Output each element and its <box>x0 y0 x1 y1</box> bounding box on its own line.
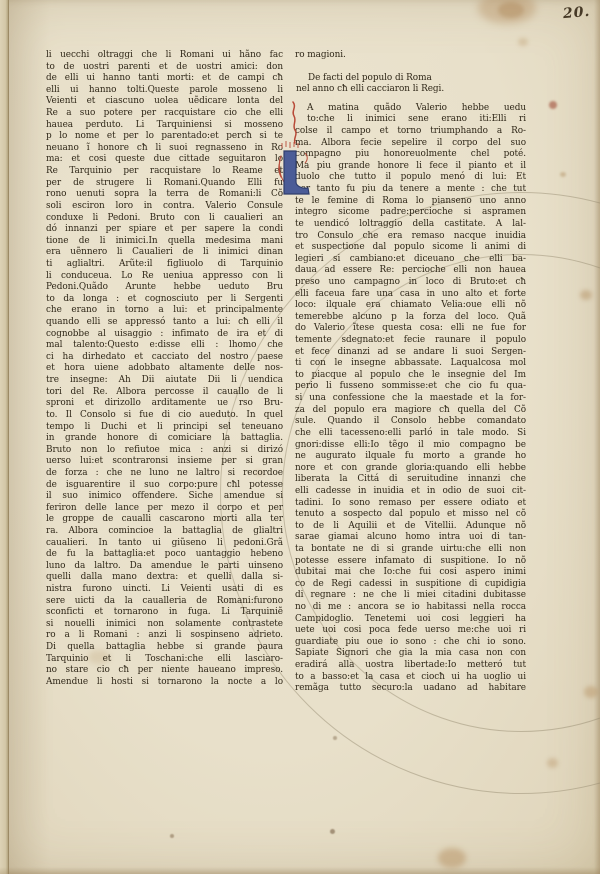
foxing-stain <box>333 736 337 740</box>
text-line: daua ad essere Re: percioche elli non ha… <box>295 265 526 277</box>
text-line: quando elli se appressó tanto a lui: cħ … <box>46 317 283 329</box>
text-line: to de uostri parenti et de uostri amici:… <box>46 62 283 74</box>
text-line: era uẽnnero li Caualieri de li inimici d… <box>46 247 283 259</box>
chapter-heading: De facti del populo di Roma nel anno cħ … <box>295 73 526 96</box>
text-line: sarae giamai alcuno homo intra uoi di ta… <box>295 532 526 544</box>
text-line: te le femine di Roma lo pianseno uno ann… <box>295 196 526 208</box>
text-line: to:che li inimici sene erano iti:Elli ri <box>307 114 526 126</box>
text-line: ta bontate ne di si grande uirtu:che ell… <box>295 544 526 556</box>
text-line: Tarquinio et li Toschani:che elli lascia… <box>46 654 283 666</box>
text-line: Campidoglio. Tenetemi uoi cosi leggieri … <box>295 614 526 626</box>
text-line: to de li Aquilii et de Vitellii. Adunque… <box>295 521 526 533</box>
text-line: hauea perduto. Li Tarquiniensi si mossen… <box>46 120 283 132</box>
text-line: elli ui hanno tolti.Queste parole mossen… <box>46 85 283 97</box>
text-line: temente sdegnato:et fecie raunare il pop… <box>295 335 526 347</box>
foxing-stain <box>547 758 558 768</box>
text-line: Amendue li hosti si tornarono la nocte a… <box>46 677 283 689</box>
text-line: Re a suo potere per racquistare cio che … <box>46 108 283 120</box>
text-line: per de strugere li Romani.Quando Elli fu <box>46 178 283 190</box>
text-line: Veienti et ciascuno uolea uẽdicare lonta… <box>46 96 283 108</box>
text-line: guardiate piu oue io sono : che chi io s… <box>295 637 526 649</box>
text-line: tenuto a sospecto dal populo et misso ne… <box>295 509 526 521</box>
text-line: Ma piu grande honore li fece il pianto e… <box>295 161 526 173</box>
foxing-stain <box>478 0 536 24</box>
text-line: soli esciron loro in contra. Valerio Con… <box>46 201 283 213</box>
text-line: to. Il Consolo si fue di cio aueduto. In… <box>46 410 283 422</box>
text-line: remãga tutto securo:la uadano ad habitar… <box>295 683 526 695</box>
text-line: Sapiate Signori che gia la mia casa non … <box>295 648 526 660</box>
text-line: neuano ĩ honore cħ li suoi regnasseno in… <box>46 143 283 155</box>
text-line: mal talento:Questo e:disse elli : lhomo … <box>46 340 283 352</box>
text-line: elli cadesse in inuidia et in odio de su… <box>295 486 526 498</box>
text-line: luno da laltro. Da amendue le parti uins… <box>46 561 283 573</box>
text-line: A matina quãdo Valerio hebbe uedu <box>307 103 526 115</box>
text-line: legieri si cambiano:et diceuano che elli… <box>295 254 526 266</box>
text-line: et fece dinanzi ad se andare li suoi Ser… <box>295 347 526 359</box>
body-lines: colse il campo et torno triumphando a Ro… <box>295 126 526 695</box>
text-line: perio li fusseno sommisse:et che cio fu … <box>295 381 526 393</box>
text-line: feriron delle lance per mezo il corpo et… <box>46 503 283 515</box>
text-line: ro a li Romani : anzi li sospinseno adri… <box>46 630 283 642</box>
foxing-stain <box>170 834 174 838</box>
text-line: et suspectione dal populo sicome li anim… <box>295 242 526 254</box>
text-line: sproni et dirizollo arditamente ue rso B… <box>46 398 283 410</box>
text-line: do Valerio ĩtese questa cosa: elli ne fu… <box>295 323 526 335</box>
folio-number: 20. <box>562 4 591 22</box>
text-line: nore et con grande gloria:quando elli he… <box>295 463 526 475</box>
text-line: Di quella battaglia hebbe si grande paur… <box>46 642 283 654</box>
text-line: te uendicó loltraggio della castitate. A… <box>295 219 526 231</box>
foxing-stain <box>549 101 557 109</box>
text-line: loco: ilquale era chiamato Velia:oue ell… <box>295 300 526 312</box>
text-line: co de Regi cadessi in suspitione di cupi… <box>295 579 526 591</box>
text-line: de fu la battaglia:et poco uantaggio heb… <box>46 549 283 561</box>
text-line: tadini. Io sono remaso per essere odiato… <box>295 498 526 510</box>
initial-indented-lines: A matina quãdo Valerio hebbe ueduto:che … <box>295 103 526 126</box>
text-line: duolo che tutto il populo menó di lui: E… <box>295 172 526 184</box>
text-line: to piacque al populo che le insegnie del… <box>295 370 526 382</box>
text-line: per tanto fu piu da tenere a mente : che… <box>295 184 526 196</box>
text-line: il suo inimico offendere. Siche amendue … <box>46 491 283 503</box>
chapter-heading-line: De facti del populo di Roma <box>295 73 526 85</box>
text-line: liberata la Cittá di seruitudine innanzi… <box>295 474 526 486</box>
illuminated-initial-L <box>277 101 311 199</box>
penwork-flourish-icon <box>277 101 311 199</box>
foxing-stain <box>560 172 566 177</box>
text-line: tempo li Duchi et li principi sel teneua… <box>46 422 283 434</box>
text-line: tre insegne: Ah Dii aiutate Dii li uendi… <box>46 375 283 387</box>
text-line: ci ha dirhedato et cacciato del nostro p… <box>46 352 283 364</box>
text-line: ma: et cosi queste due cittade seguitaro… <box>46 154 283 166</box>
gutter-shadow <box>8 0 50 874</box>
text-line: dubitai mai che Io:che fui cosi aspero i… <box>295 567 526 579</box>
text-line: potesse essere infamato di suspitione. I… <box>295 556 526 568</box>
text-line: ma. Albora fecie sepelire il corpo del s… <box>295 138 526 150</box>
chapter-heading-line: nel anno cħ elli cacciaron li Regi. <box>295 84 526 96</box>
text-line: elli faceua fare una casa in uno alto et… <box>295 289 526 301</box>
text-line: Bruto non lo refiutoe mica : anzi si dir… <box>46 445 283 457</box>
text-line: tione de li inimici.In quella medesima m… <box>46 236 283 248</box>
foxing-stain <box>518 38 528 46</box>
text-line: no stare cio cħ per niente haueano impre… <box>46 665 283 677</box>
foxing-stain <box>330 829 335 834</box>
page-edge-right <box>594 0 600 874</box>
text-line: compagno piu honoreuolmente chel poté. <box>295 149 526 161</box>
text-line: tro Consulo che era remaso nacque inuidi… <box>295 231 526 243</box>
text-line: de isguarentire il suo corpo:pure cħl po… <box>46 480 283 492</box>
text-line: to da longa : et cognosciuto per li Serg… <box>46 294 283 306</box>
text-line: ne augurato ilquale fu morto a grande ho <box>295 451 526 463</box>
text-column-right: ro magioni. De facti del populo di Roma … <box>295 50 526 695</box>
text-line: sule. Quando il Consolo hebbe comandato <box>295 416 526 428</box>
text-line: ti con le insegne abbassate. Laqualcosa … <box>295 358 526 370</box>
text-line: ti aglialtri. Arũte:il figliuolo di Tarq… <box>46 259 283 271</box>
foxing-stain <box>580 290 592 300</box>
text-line: nistra furono uincti. Li Veienti usati d… <box>46 584 283 596</box>
text-line: cognobbe al uisaggio : infimato de ira e… <box>46 329 283 341</box>
foxing-stain <box>438 848 466 868</box>
text-line: et hora uiene adobbato altamente delle n… <box>46 363 283 375</box>
text-line: integro sicome padre:percioche si aspram… <box>295 207 526 219</box>
text-line: di regnare : ne che li miei citadini dub… <box>295 590 526 602</box>
text-line: dó innanzi per spiare et per sapere la c… <box>46 224 283 236</box>
text-line: si una confessione che la maestade et la… <box>295 393 526 405</box>
text-line: gnori:disse elli:Io tẽgo il mio compagno… <box>295 440 526 452</box>
text-line: caualieri. In tanto ui giũseno li pedoni… <box>46 538 283 550</box>
text-line: temerebbe alcuno p la forza del loco. Qu… <box>295 312 526 324</box>
text-line: to a basso:et la casa et ciocħ ui ha uog… <box>295 672 526 684</box>
text-line: li uecchi oltraggi che li Romani ui hãno… <box>46 50 283 62</box>
foxing-stain <box>498 2 524 18</box>
chapter-paragraph: A matina quãdo Valerio hebbe ueduto:che … <box>295 103 526 695</box>
text-line: rono uenuti sopra la terra de Romani:li … <box>46 189 283 201</box>
text-line: preso uno campagno in loco di Bruto:et c… <box>295 277 526 289</box>
text-line: tori del Re. Albora percosse il cauallo … <box>46 387 283 399</box>
text-line: uerso lui:et scontraronsi insieme per si… <box>46 456 283 468</box>
text-line: no di me : ancora se io habitassi nella … <box>295 602 526 614</box>
text-line: Pedoni.Quãdo Arunte hebbe ueduto Bru <box>46 282 283 294</box>
text-line: Re Tarquinio per racquistare lo Reame et <box>46 166 283 178</box>
text-line: colse il campo et torno triumphando a Ro… <box>295 126 526 138</box>
text-column-left: li uecchi oltraggi che li Romani ui hãno… <box>46 50 283 689</box>
manuscript-page: 20. li uecchi oltraggi che li Romani ui … <box>0 0 600 874</box>
text-line: p lo nome et per lo parentado:et percħ s… <box>46 131 283 143</box>
text-line: li conduceua. Lo Re ueniua appresso con … <box>46 271 283 283</box>
text-line: le groppe de caualli cascarono morti all… <box>46 514 283 526</box>
text-line: ra. Albora comincioe la battaglia de gli… <box>46 526 283 538</box>
page-edge-bottom <box>0 867 600 874</box>
text-line: che erano in torno a lui: et principalme… <box>46 305 283 317</box>
text-line: che elli tacesseno:elli parló in tale mo… <box>295 428 526 440</box>
text-line: de elli ui hanno tanti morti: et de camp… <box>46 73 283 85</box>
text-line: uete uoi cosi poca fede uerso me:che uoi… <box>295 625 526 637</box>
text-line: conduxe li Pedoni. Bruto con li caualier… <box>46 213 283 225</box>
text-line: sconficti et tornarono in fuga. Li Tarqu… <box>46 607 283 619</box>
text-line: za del populo era magiore cħ quella del … <box>295 405 526 417</box>
catchline: ro magioni. <box>295 50 526 62</box>
text-line: de forza : che ne luno ne laltro si reco… <box>46 468 283 480</box>
text-line: eradirá alla uostra libertade:Io metteró… <box>295 660 526 672</box>
text-line: in grande honore di comiciare la battagl… <box>46 433 283 445</box>
text-line: sere uicti da la caualleria de Romani:fu… <box>46 596 283 608</box>
text-line: si nouelli inimici non solamente contras… <box>46 619 283 631</box>
text-line: quelli dalla mano dextra: et quelli dall… <box>46 572 283 584</box>
